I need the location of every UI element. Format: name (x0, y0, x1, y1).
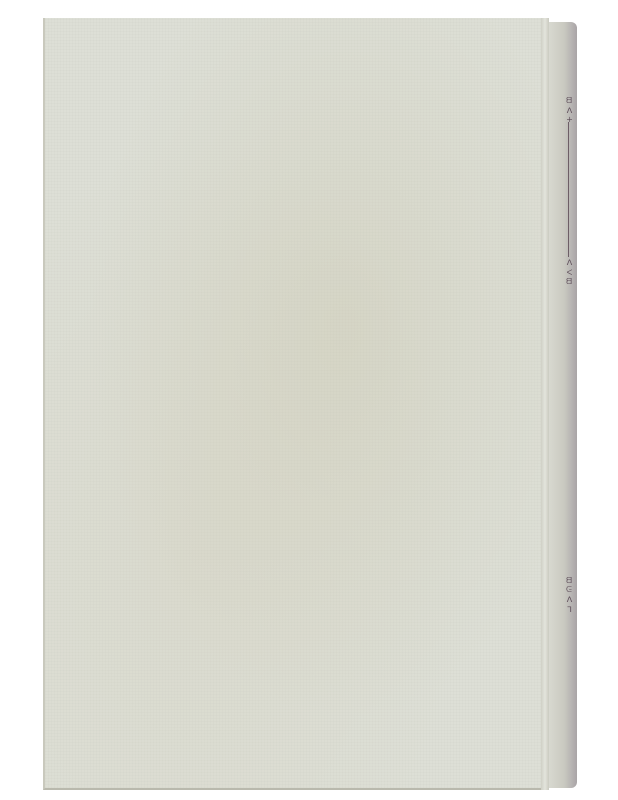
spine-title-end: ᐱᐸᗺ (563, 258, 575, 287)
book: ᗺᐱ+ ᐱᐸᗺ ᗺᕮᐱᒣ (43, 18, 583, 790)
spine-hinge (541, 18, 549, 790)
spine-title-start: ᗺᐱ+ (563, 97, 575, 124)
spine-rule (568, 122, 569, 257)
spine: ᗺᐱ+ ᐱᐸᗺ ᗺᕮᐱᒣ (549, 22, 577, 788)
back-cover (43, 18, 546, 790)
spine-publisher: ᗺᕮᐱᒣ (563, 577, 575, 615)
